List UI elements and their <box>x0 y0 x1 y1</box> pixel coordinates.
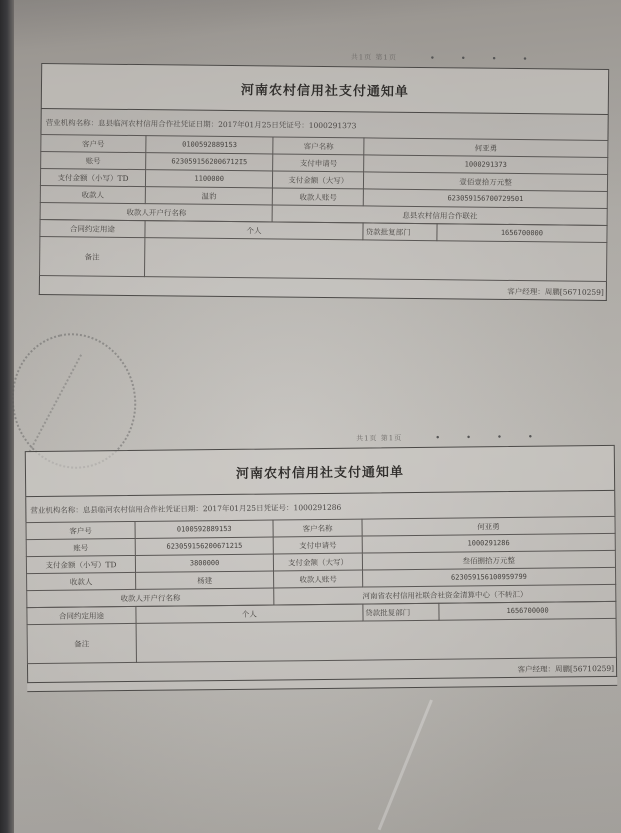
account-label: 账号 <box>26 538 135 556</box>
dot-marks: • • • • <box>430 53 539 63</box>
payee-account-label: 收款人账号 <box>273 188 364 206</box>
loan-dept-label: 贷款批复部门 <box>363 603 440 621</box>
form-title: 河南农村信用社支付通知单 <box>241 79 409 100</box>
customer-no-value: 0100592889153 <box>135 520 274 538</box>
apply-no-label: 支付申请号 <box>273 154 364 172</box>
notice-table-lower: 合同约定用途 个人 贷款批复部门 1656700000 备注 <box>39 219 608 282</box>
customer-no-label: 客户号 <box>26 521 135 539</box>
amount-small-label: 支付金额（小写）TD <box>40 169 145 187</box>
amount-small-value: 3800000 <box>135 554 274 572</box>
payee-account-label: 收款人账号 <box>274 570 363 588</box>
account-manager: 客户经理：周鹏[56710259] <box>517 663 614 675</box>
customer-no-value: 0100592889153 <box>146 136 274 154</box>
account-label: 账号 <box>41 152 146 170</box>
account-value: 6230591562006712I5 <box>146 153 274 171</box>
remark-value <box>136 618 616 662</box>
page-mark: 共1页 第1页 • • • • <box>356 432 545 444</box>
payee-label: 收款人 <box>27 572 136 590</box>
contract-use-label: 合同约定用途 <box>27 606 136 624</box>
table-row: 备注 <box>40 237 607 282</box>
payee-label: 收款人 <box>40 186 145 204</box>
title-box: 河南农村信用社支付通知单 <box>41 63 609 115</box>
customer-name-label: 客户名称 <box>273 137 364 155</box>
apply-no-label: 支付申请号 <box>274 536 363 554</box>
page-number: 共1页 第1页 <box>356 434 402 442</box>
page-number: 共1页 第1页 <box>351 53 397 61</box>
notice-table-lower: 合同约定用途 个人 贷款批复部门 1656700000 备注 <box>26 601 617 664</box>
loan-dept-value: 1656700000 <box>437 224 607 243</box>
form-title: 河南农村信用社支付通知单 <box>236 461 404 482</box>
title-box: 河南农村信用社支付通知单 <box>25 445 615 497</box>
remark-value <box>144 238 606 282</box>
payee-value: 温豹 <box>145 187 273 205</box>
amount-small-value: 1100000 <box>145 170 273 188</box>
remark-label: 备注 <box>40 237 145 277</box>
contract-use-label: 合同约定用途 <box>40 220 145 238</box>
payee-value: 杨建 <box>135 571 274 589</box>
dot-marks: • • • • <box>435 432 544 442</box>
page-mark: 共1页 第1页 • • • • <box>351 52 540 64</box>
remark-label: 备注 <box>27 623 136 663</box>
photo-edge-dark <box>0 0 14 833</box>
payment-notice-2: 共1页 第1页 • • • • 河南农村信用社支付通知单 营业机构名称：息县临河… <box>25 445 617 692</box>
notice-table: 客户号 0100592889153 客户名称 何亚勇 账号 6230591562… <box>40 134 609 226</box>
amount-big-label: 支付金额（大写） <box>274 553 363 571</box>
notice-table: 客户号 0100592889153 客户名称 何亚勇 账号 6230591562… <box>25 516 616 608</box>
customer-name-label: 客户名称 <box>273 519 362 537</box>
account-manager: 客户经理：周鹏[56710259] <box>507 286 604 298</box>
account-value: 623059156200671215 <box>135 537 274 555</box>
amount-small-label: 支付金额（小写）TD <box>26 555 135 573</box>
loan-dept-value: 1656700000 <box>439 601 616 620</box>
loan-dept-label: 贷款批复部门 <box>363 223 437 241</box>
amount-big-label: 支付金额（大写） <box>273 171 364 189</box>
table-row: 备注 <box>27 618 616 663</box>
customer-no-label: 客户号 <box>41 135 146 153</box>
payment-notice-1: 共1页 第1页 • • • • 河南农村信用社支付通知单 营业机构名称：息县临河… <box>39 63 609 301</box>
